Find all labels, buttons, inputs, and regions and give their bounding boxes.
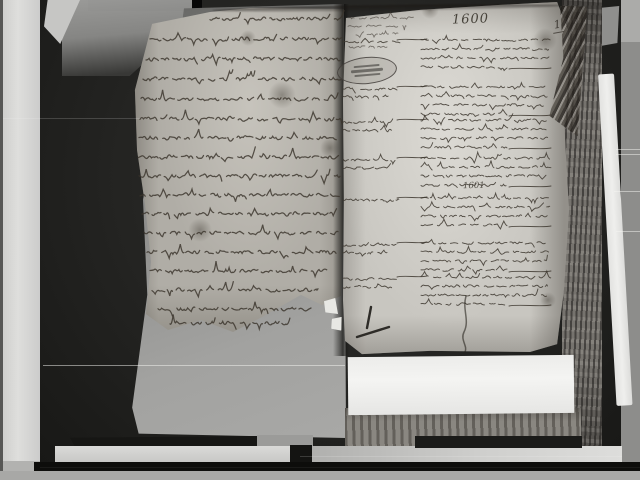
left-manuscript-fragment [133,6,345,338]
folio-number: 1 [551,17,564,34]
scanner-edge-left-strip [3,0,40,461]
film-scratch-line [616,231,640,232]
scanner-edge-left-sliver [0,0,3,480]
archival-scan: 1600 1 1601 [0,0,640,480]
stamp-text-band [354,73,380,78]
film-scratch-line [300,456,622,457]
year-header: 1600 [452,11,490,27]
pen-mark-numeral [352,300,398,346]
mat-strip-bottom-left [55,446,291,462]
film-scratch-line [616,149,640,150]
shadow-band-right [415,436,582,448]
film-scratch-line [40,467,640,468]
film-scratch-line [614,191,640,192]
film-scratch-line [616,154,640,155]
pen-mark-stroke [367,307,371,328]
paper-stain [540,292,556,308]
paper-shading [133,6,345,338]
scanner-edge-bottom [0,471,640,480]
paper-stain [188,218,212,242]
paper-stain [268,81,296,109]
film-scratch-line [43,365,345,366]
mat-strip-bottom-right [312,446,622,462]
paper-stain [240,30,256,46]
film-scratch-line [3,118,153,119]
scanner-edge-highlight [621,0,640,42]
white-backing-sheet [348,355,575,415]
mid-page-year-marker: 1601 [463,181,485,191]
pen-mark-slash [357,327,389,337]
